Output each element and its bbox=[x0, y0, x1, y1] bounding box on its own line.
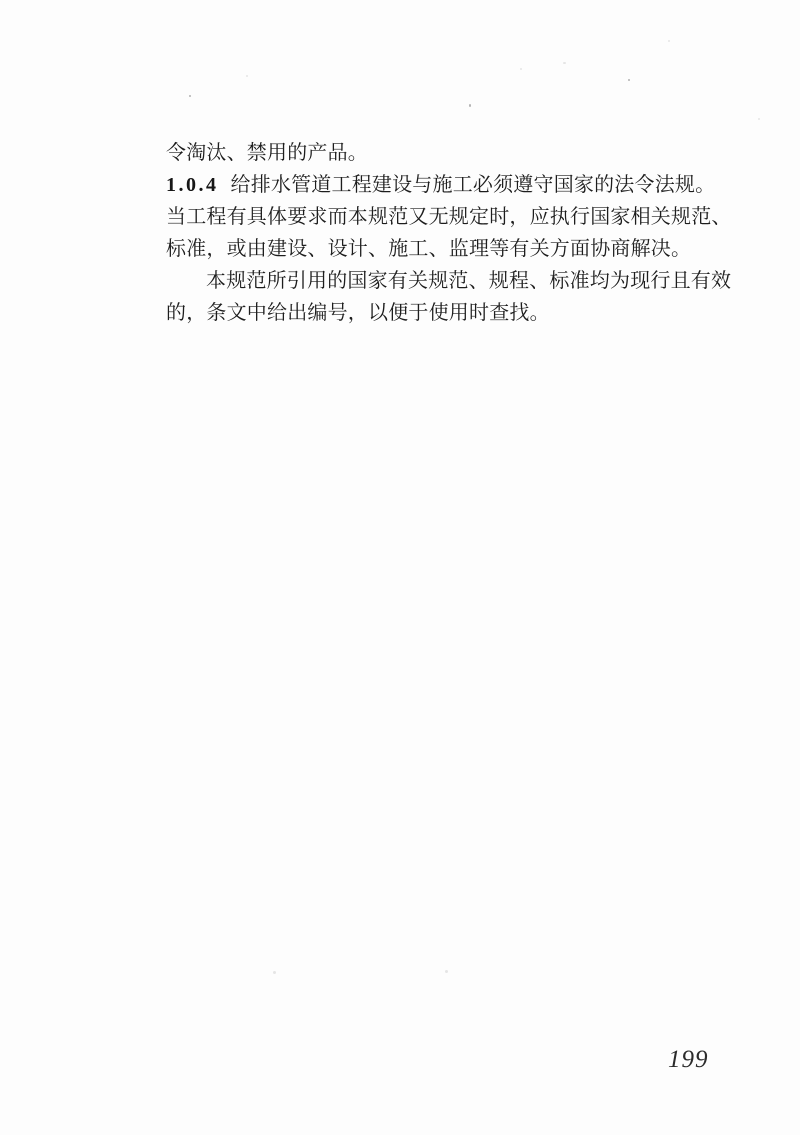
scan-speck bbox=[520, 68, 522, 70]
scan-speck bbox=[246, 75, 248, 77]
scan-speck bbox=[668, 40, 670, 42]
scan-speck bbox=[628, 79, 630, 81]
scan-speck bbox=[563, 62, 566, 64]
paragraph-continuation-line: 令淘汰、禁用的产品。 bbox=[166, 137, 741, 169]
clause-first-line: 1.0.4给排水管道工程建设与施工必须遵守国家的法令法规。 bbox=[166, 169, 741, 201]
clause-wrap-line-1: 当工程有具体要求而本规范又无规定时，应执行国家相关规范、 bbox=[166, 201, 741, 233]
clause-number: 1.0.4 bbox=[166, 174, 219, 196]
scanned-document-page: 令淘汰、禁用的产品。 1.0.4给排水管道工程建设与施工必须遵守国家的法令法规。… bbox=[0, 0, 800, 1135]
clause-wrap-line-2: 标准，或由建设、设计、施工、监理等有关方面协商解决。 bbox=[166, 233, 741, 265]
scan-speck bbox=[469, 104, 471, 107]
scan-speck bbox=[445, 970, 448, 973]
scan-speck bbox=[189, 95, 191, 97]
scan-speck bbox=[758, 118, 760, 120]
clause-text: 给排水管道工程建设与施工必须遵守国家的法令法规。 bbox=[231, 174, 716, 196]
scan-speck bbox=[273, 971, 276, 974]
body-text-block: 令淘汰、禁用的产品。 1.0.4给排水管道工程建设与施工必须遵守国家的法令法规。… bbox=[166, 137, 741, 329]
page-number: 199 bbox=[668, 1046, 709, 1074]
paragraph-2-line-1: 本规范所引用的国家有关规范、规程、标准均为现行且有效 bbox=[166, 265, 741, 297]
paragraph-2-line-2: 的，条文中给出编号，以便于使用时查找。 bbox=[166, 297, 741, 329]
